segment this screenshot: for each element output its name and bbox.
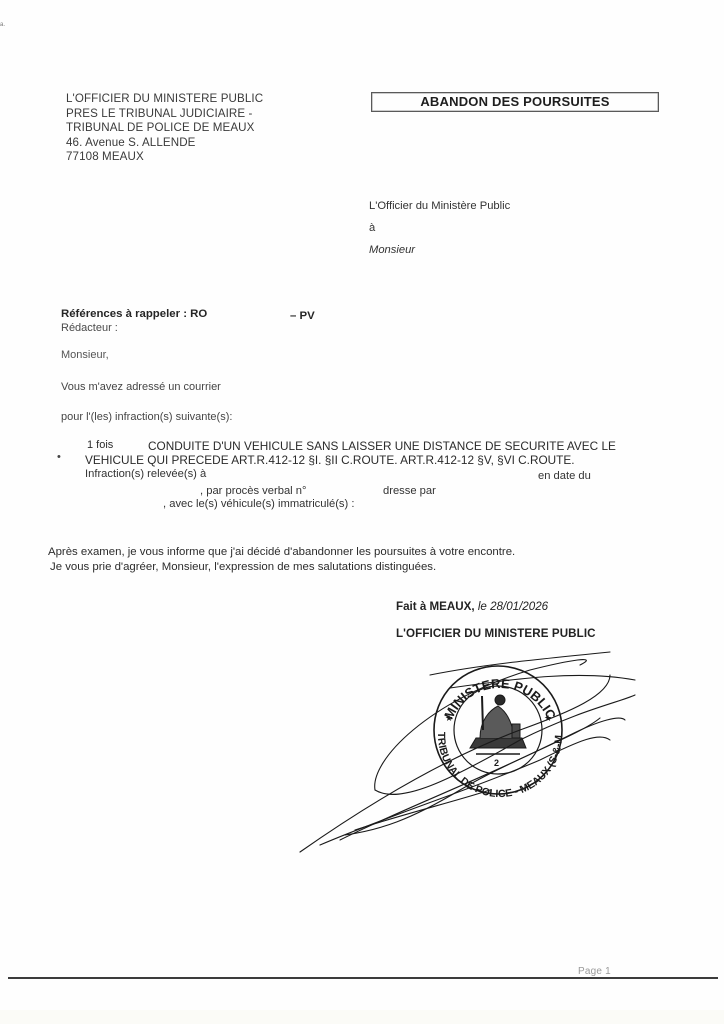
offence-vehicle-label: , avec le(s) véhicule(s) immatriculé(s) … — [163, 498, 354, 510]
svg-text:2: 2 — [494, 758, 499, 768]
sender-line: 77108 MEAUX — [66, 150, 263, 165]
date-label: le 28/01/2026 — [478, 600, 548, 613]
offence-count: 1 fois — [87, 439, 113, 451]
offence-pv-label: , par procès verbal n° — [200, 485, 306, 497]
sender-line: 46. Avenue S. ALLENDE — [66, 136, 263, 151]
document-title: ABANDON DES POURSUITES — [371, 92, 659, 112]
decision-text: Après examen, je vous informe que j'ai d… — [48, 546, 515, 558]
place-date: Fait à MEAUX, le 28/01/2026 — [396, 600, 548, 613]
marianne-emblem-icon — [470, 695, 526, 754]
sender-line: TRIBUNAL DE POLICE DE MEAUX — [66, 121, 263, 136]
sender-address: L'OFFICIER DU MINISTERE PUBLIC PRES LE T… — [66, 92, 263, 165]
offence-bullet: • — [57, 451, 61, 463]
recipient-from: L'Officier du Ministère Public — [369, 200, 510, 212]
footer-divider — [8, 977, 718, 979]
sender-line: L'OFFICIER DU MINISTERE PUBLIC — [66, 92, 263, 107]
page-number: Page 1 — [578, 966, 611, 977]
closing-text: Je vous prie d'agréer, Monsieur, l'expre… — [50, 561, 436, 573]
offence-date-label: en date du — [538, 470, 591, 482]
scan-mark: a. — [0, 22, 5, 28]
references-pv-label: – PV — [290, 310, 315, 322]
handwritten-signature-icon — [300, 652, 635, 852]
stamp-and-signature: MINISTERE PUBLIC TRIBUNAL DE POLICE - ME… — [280, 640, 640, 860]
svg-text:TRIBUNAL DE POLICE - MEAUX (S-: TRIBUNAL DE POLICE - MEAUX (S-&-M) — [280, 640, 565, 800]
greeting: Monsieur, — [61, 349, 109, 361]
intro-text: Vous m'avez adressé un courrier — [61, 381, 221, 393]
offences-intro: pour l'(les) infraction(s) suivante(s): — [61, 411, 232, 423]
sender-line: PRES LE TRIBUNAL JUDICIAIRE - — [66, 107, 263, 122]
recipient-name: Monsieur — [369, 244, 415, 256]
recipient-to-prefix: à — [369, 222, 375, 234]
svg-text:★: ★ — [445, 713, 453, 723]
signatory-title: L'OFFICIER DU MINISTERE PUBLIC — [396, 627, 596, 640]
offence-description-line1: CONDUITE D'UN VEHICULE SANS LAISSER UNE … — [148, 439, 616, 453]
references-label: Références à rappeler : RO — [61, 308, 207, 320]
place-label: Fait à MEAUX, — [396, 600, 475, 613]
offence-relevee-label: Infraction(s) relevée(s) à — [85, 468, 206, 480]
document-page: a. L'OFFICIER DU MINISTERE PUBLIC PRES L… — [0, 0, 724, 1024]
official-stamp-icon: MINISTERE PUBLIC TRIBUNAL DE POLICE - ME… — [280, 640, 565, 800]
offence-dresse-label: dresse par — [383, 485, 436, 497]
offence-description-line2: VEHICULE QUI PRECEDE ART.R.412-12 §I. §I… — [85, 453, 575, 467]
redacteur-label: Rédacteur : — [61, 322, 118, 334]
scan-edge — [0, 1010, 724, 1024]
